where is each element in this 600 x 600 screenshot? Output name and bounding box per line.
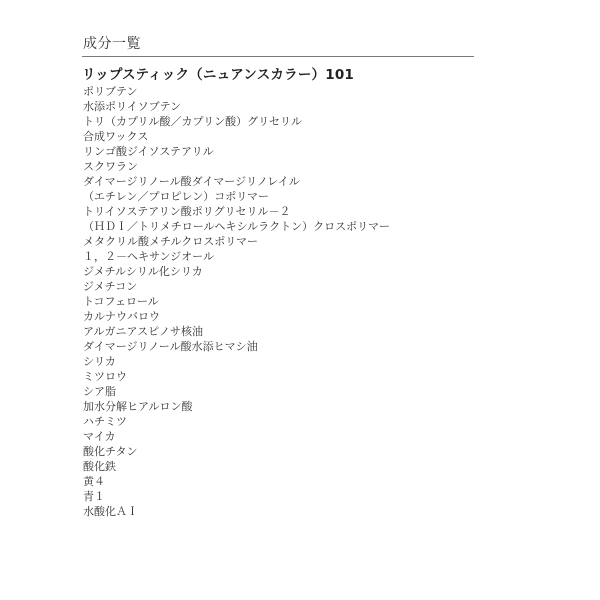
product-ingredients: リップスティック（ニュアンスカラー）101 ポリブテン 水添ポリイソブテン トリ… [82, 66, 390, 519]
ingredient-item: トコフェロール [82, 294, 390, 309]
ingredient-item: 水添ポリイソブテン [82, 99, 390, 114]
ingredient-item: カルナウバロウ [82, 309, 390, 324]
ingredient-item: メタクリル酸メチルクロスポリマー [82, 234, 390, 249]
ingredient-item: 青１ [82, 489, 390, 504]
ingredient-item: （エチレン／プロピレン）コポリマー [82, 189, 390, 204]
ingredient-item: 黄４ [82, 474, 390, 489]
ingredient-item: １，２－ヘキサンジオール [82, 249, 390, 264]
section-title: 成分一覧 [82, 34, 474, 54]
ingredient-item: トリ（カプリル酸／カプリン酸）グリセリル [82, 114, 390, 129]
ingredient-item: マイカ [82, 429, 390, 444]
ingredient-item: ハチミツ [82, 414, 390, 429]
ingredient-item: ダイマージリノール酸ダイマージリノレイル [82, 174, 390, 189]
ingredient-item: 合成ワックス [82, 129, 390, 144]
ingredient-item: シリカ [82, 354, 390, 369]
ingredient-list: ポリブテン 水添ポリイソブテン トリ（カプリル酸／カプリン酸）グリセリル 合成ワ… [82, 84, 390, 519]
ingredient-item: （ＨＤＩ／トリメチロールヘキシルラクトン）クロスポリマー [82, 219, 390, 234]
ingredient-item: 水酸化ＡＩ [82, 504, 390, 519]
ingredient-item: ジメチコン [82, 279, 390, 294]
ingredient-item: 加水分解ヒアルロン酸 [82, 399, 390, 414]
ingredient-item: スクワラン [82, 159, 390, 174]
ingredient-item: ジメチルシリル化シリカ [82, 264, 390, 279]
ingredient-item: シア脂 [82, 384, 390, 399]
ingredient-item: ポリブテン [82, 84, 390, 99]
product-name: リップスティック（ニュアンスカラー）101 [82, 66, 390, 84]
ingredient-item: 酸化チタン [82, 444, 390, 459]
ingredient-item: リンゴ酸ジイソステアリル [82, 144, 390, 159]
ingredients-section-header: 成分一覧 [82, 34, 474, 54]
ingredient-item: ダイマージリノール酸水添ヒマシ油 [82, 339, 390, 354]
ingredient-item: ミツロウ [82, 369, 390, 384]
ingredient-item: 酸化鉄 [82, 459, 390, 474]
ingredient-item: トリイソステアリン酸ポリグリセリル－２ [82, 204, 390, 219]
header-divider [82, 56, 474, 57]
ingredient-item: アルガニアスピノサ核油 [82, 324, 390, 339]
